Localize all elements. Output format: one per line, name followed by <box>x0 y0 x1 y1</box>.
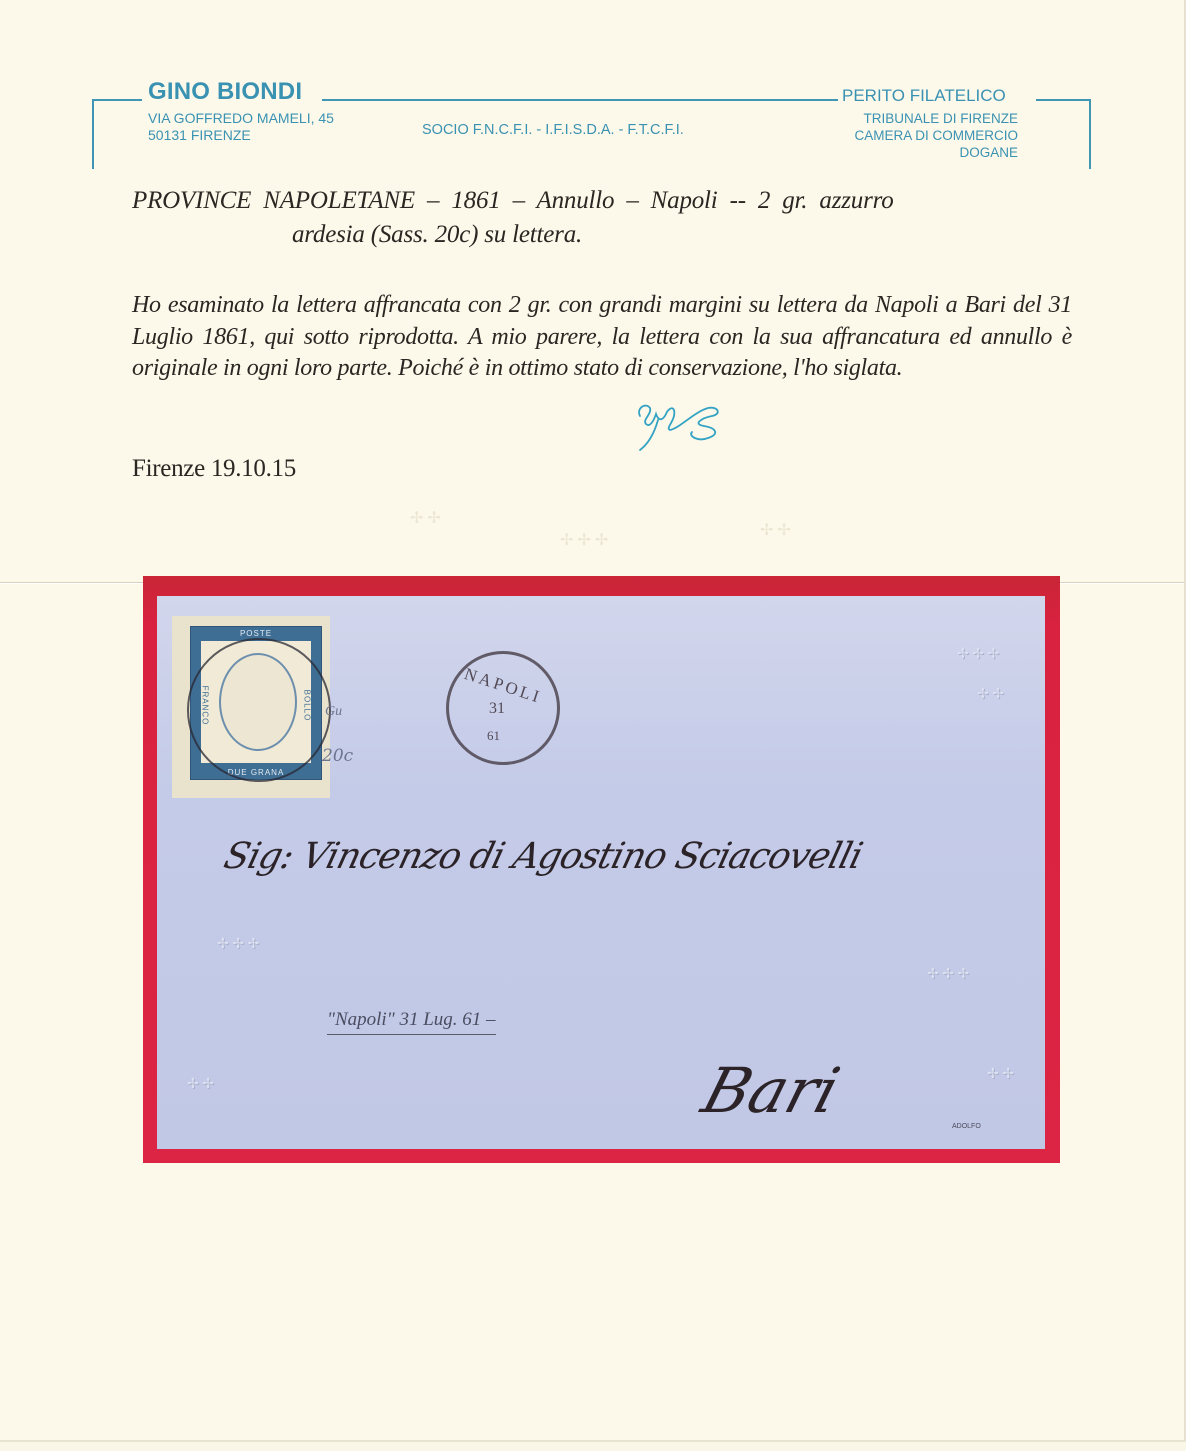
postmark-day: 31 <box>489 700 505 718</box>
letterhead-rule <box>1089 99 1091 169</box>
postmark-year: 61 <box>487 728 500 744</box>
printer-mark: ADOLFO <box>952 1123 981 1130</box>
letterhead-rule <box>322 99 838 101</box>
expert-title: PERITO FILATELICO <box>842 86 1006 106</box>
addressee: Sig: Vincenzo di Agostino Sciacovelli <box>220 836 866 877</box>
emboss-mark: ✢ ✢ ✢ <box>927 966 969 983</box>
cancellation-icon <box>187 638 331 782</box>
stamp-top-text: POSTE <box>191 629 321 638</box>
emboss-mark: ✢ ✢ ✢ <box>957 646 999 663</box>
napoli-postmark: NAPOLI 31 61 <box>446 651 560 765</box>
memberships: SOCIO F.N.C.F.I. - I.F.I.S.D.A. - F.T.C.… <box>422 122 684 138</box>
signature-icon <box>632 394 732 452</box>
affiliation-tribunal: TRIBUNALE DI FIRENZE <box>854 110 1018 127</box>
affiliation-chamber: CAMERA DI COMMERCIO <box>854 127 1018 144</box>
certificate-subject: PROVINCE NAPOLETANE – 1861 – Annullo – N… <box>132 187 1072 215</box>
affiliation-customs: DOGANE <box>854 144 1018 161</box>
destination-city: Bari <box>695 1054 848 1127</box>
pencil-catalog-number: 20c <box>322 746 353 766</box>
letterhead-rule <box>92 99 142 101</box>
scan-edge <box>1186 0 1200 1451</box>
address-street: VIA GOFFREDO MAMELI, 45 <box>148 110 334 127</box>
emboss-mark: ✢ ✢ <box>977 686 1004 703</box>
emboss-mark: ✢ ✢ <box>987 1066 1014 1083</box>
emboss-mark: ✢ ✢ <box>187 1076 214 1093</box>
emboss-mark: ✢ ✢ <box>760 520 791 540</box>
expert-affiliations: TRIBUNALE DI FIRENZE CAMERA DI COMMERCIO… <box>854 110 1018 161</box>
postal-cover-frame: POSTE FRANCO BOLLO DUE GRANA Gu 20c NAPO… <box>143 576 1060 1163</box>
place-date: Firenze 19.10.15 <box>132 455 296 483</box>
letterhead-rule <box>92 99 94 169</box>
certificate-body: Ho esaminato la lettera affrancata con 2… <box>132 290 1072 385</box>
expert-name: GINO BIONDI <box>148 78 302 106</box>
address-city: 50131 FIRENZE <box>148 127 334 144</box>
emboss-mark: ✢ ✢ ✢ <box>560 530 608 550</box>
postal-cover: POSTE FRANCO BOLLO DUE GRANA Gu 20c NAPO… <box>157 596 1045 1149</box>
expert-address: VIA GOFFREDO MAMELI, 45 50131 FIRENZE <box>148 110 334 144</box>
certificate-subject-line2: ardesia (Sass. 20c) su lettera. <box>292 221 582 249</box>
pencil-note: "Napoli" 31 Lug. 61 – <box>327 1009 496 1035</box>
certificate-page: GINO BIONDI VIA GOFFREDO MAMELI, 45 5013… <box>0 0 1186 1442</box>
letterhead-rule <box>1036 99 1090 101</box>
pencil-initials: Gu <box>325 704 342 720</box>
emboss-mark: ✢ ✢ <box>410 508 441 528</box>
emboss-mark: ✢ ✢ ✢ <box>217 936 259 953</box>
